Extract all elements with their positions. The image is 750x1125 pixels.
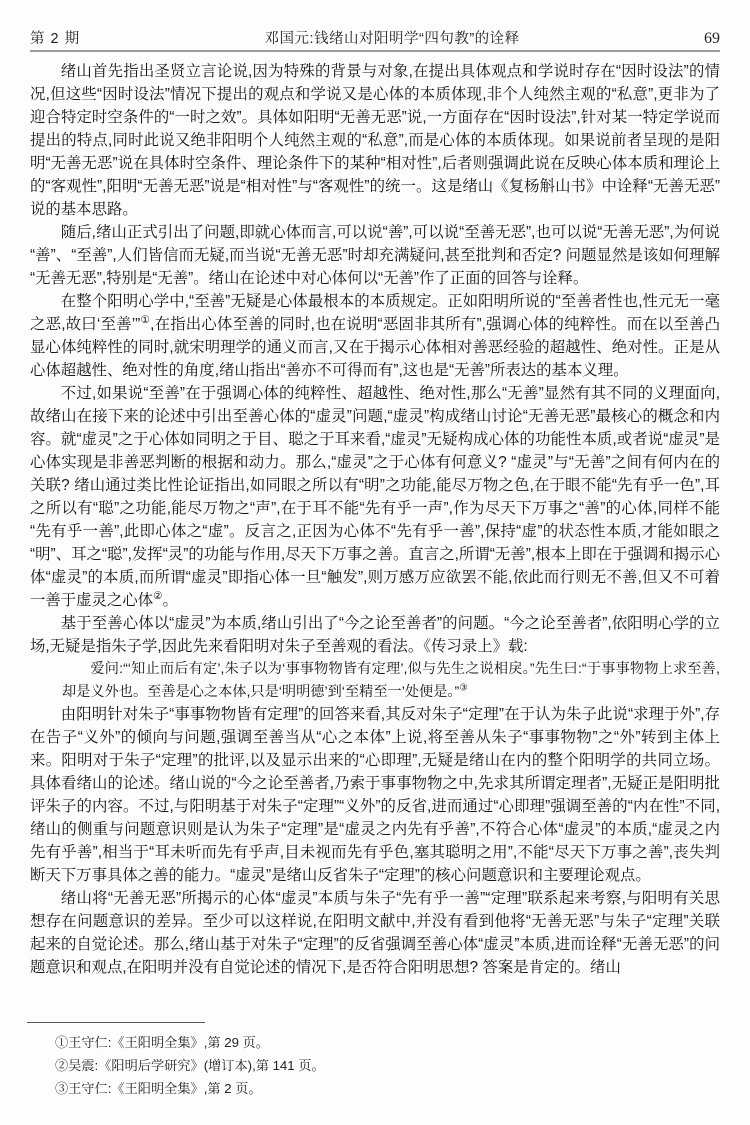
- paragraph: 由阳明针对朱子“事事物物皆有定理”的回答来看,其反对朱子“定理”在于认为朱子此说…: [30, 703, 720, 887]
- paragraph: 绪山将“无善无恶”所揭示的心体“虚灵”本质与朱子“先有乎一善”“定理”联系起来考…: [30, 887, 720, 979]
- footnote: ③王守仁:《王阳明全集》,第 2 页。: [55, 1077, 720, 1100]
- journal-page: 第 2 期 邓国元:钱绪山对阳明学“四句教”的诠释 69 绪山首先指出圣贤立言论…: [0, 0, 750, 1125]
- article-body: 绪山首先指出圣贤立言论说,因为特殊的背景与对象,在提出具体观点和学说时存在“因时…: [30, 60, 720, 979]
- header-rule: [30, 50, 720, 52]
- footnote-ref: ①: [140, 315, 150, 326]
- footnote-rule: [27, 1022, 205, 1023]
- paragraph: 随后,绪山正式引出了问题,即就心体而言,可以说“善”,可以说“至善无恶”,也可以…: [30, 221, 720, 290]
- footnote-ref: ③: [459, 682, 468, 693]
- running-title: 邓国元:钱绪山对阳明学“四句教”的诠释: [80, 27, 704, 48]
- paragraph: 绪山首先指出圣贤立言论说,因为特殊的背景与对象,在提出具体观点和学说时存在“因时…: [30, 60, 720, 221]
- footnote: ②吴震:《阳明后学研究》(增订本),第 141 页。: [55, 1054, 720, 1077]
- paragraph: 在整个阳明心学中,“至善”无疑是心体最根本的本质规定。正如阳明所说的“至善者性也…: [30, 290, 720, 382]
- block-quote: 爱问:“‘知止而后有定’,朱子以为‘事事物物皆有定理’,似与先生之说相戾。”先生…: [30, 658, 720, 703]
- paragraph: 基于至善心体以“虚灵”为本质,绪山引出了“今之论至善者”的问题。“今之论至善者”…: [30, 612, 720, 658]
- footnotes: ①王守仁:《王阳明全集》,第 29 页。②吴震:《阳明后学研究》(增订本),第 …: [55, 1031, 720, 1100]
- footnote: ①王守仁:《王阳明全集》,第 29 页。: [55, 1031, 720, 1054]
- footnote-ref: ②: [153, 591, 162, 602]
- page-number: 69: [704, 30, 720, 48]
- journal-issue: 第 2 期: [30, 27, 80, 48]
- page-header: 第 2 期 邓国元:钱绪山对阳明学“四句教”的诠释 69: [30, 27, 720, 48]
- paragraph: 不过,如果说“至善”在于强调心体的纯粹性、超越性、绝对性,那么“无善”显然有其不…: [30, 382, 720, 612]
